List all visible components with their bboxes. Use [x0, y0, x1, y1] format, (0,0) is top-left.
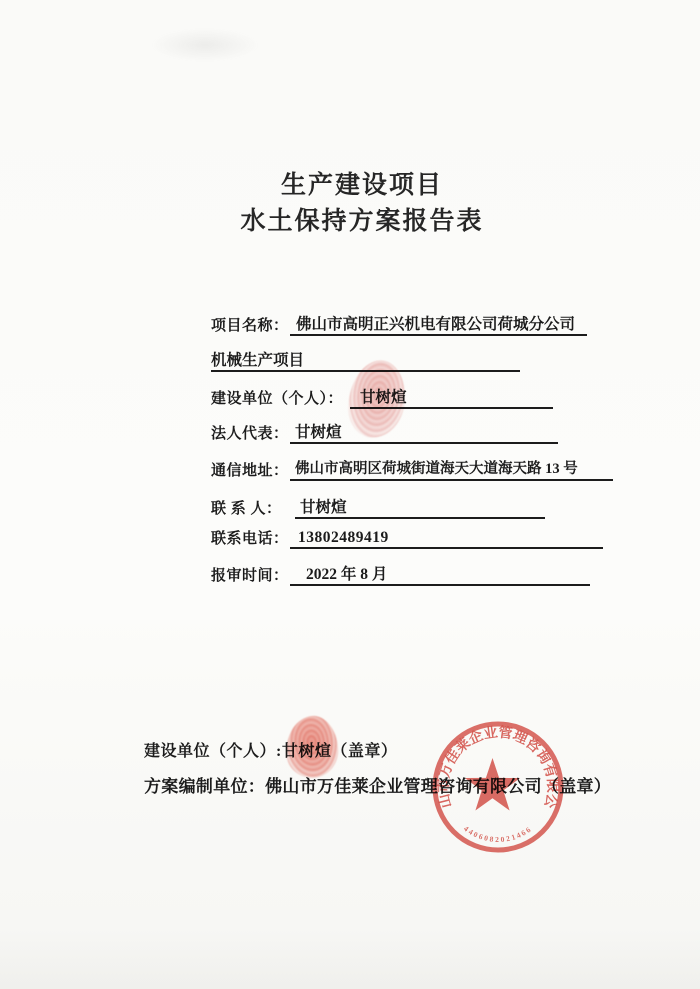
scan-artifact-smudge	[150, 28, 260, 62]
form-row-contact-person: 联 系 人： 甘树煊	[211, 498, 545, 519]
form-row-submission-date: 报审时间： 2022 年 8 月	[211, 565, 590, 586]
document-title-line2: 水土保持方案报告表	[22, 204, 700, 240]
field-value-contact-phone: 13802489419	[290, 528, 603, 549]
field-label-submission-date: 报审时间：	[211, 567, 290, 586]
document-title: 生产建设项目 水土保持方案报告表	[22, 168, 700, 240]
field-value-project-name-cont: 机械生产项目	[211, 351, 520, 372]
field-value-construction-unit: 甘树煊	[350, 388, 553, 409]
field-value-legal-representative: 甘树煊	[290, 423, 558, 444]
signature-line-construction-unit: 建设单位（个人）:甘树煊（盖章）	[144, 738, 397, 761]
field-value-mailing-address: 佛山市高明区荷城街道海天大道海天路 13 号	[290, 460, 613, 481]
field-label-contact-phone: 联系电话：	[211, 530, 290, 549]
form-row-construction-unit: 建设单位（个人）： 甘树煊	[211, 388, 553, 409]
field-value-contact-person: 甘树煊	[295, 498, 545, 519]
field-label-legal-representative: 法人代表：	[211, 425, 290, 444]
form-row-legal-representative: 法人代表： 甘树煊	[211, 423, 558, 444]
form-row-project-name-cont: 机械生产项目	[211, 351, 520, 372]
form-row-mailing-address: 通信地址： 佛山市高明区荷城街道海天大道海天路 13 号	[211, 460, 613, 481]
field-value-project-name: 佛山市高明正兴机电有限公司荷城分公司	[290, 315, 587, 336]
company-seal: 佛山市万佳莱企业管理咨询有限公司 4406082021466	[413, 702, 583, 872]
seal-star-icon	[465, 758, 520, 811]
form-row-project-name: 项目名称： 佛山市高明正兴机电有限公司荷城分公司	[211, 315, 587, 336]
field-label-mailing-address: 通信地址：	[211, 462, 290, 481]
field-label-construction-unit: 建设单位（个人）：	[211, 390, 350, 409]
scanned-document-page: 生产建设项目 水土保持方案报告表 项目名称： 佛山市高明正兴机电有限公司荷城分公…	[0, 0, 700, 989]
form-row-contact-phone: 联系电话： 13802489419	[211, 528, 603, 549]
seal-serial-text: 4406082021466	[462, 824, 534, 844]
field-value-submission-date: 2022 年 8 月	[290, 565, 590, 586]
field-label-project-name: 项目名称：	[211, 317, 290, 336]
document-title-line1: 生产建设项目	[22, 168, 700, 204]
field-label-contact-person: 联 系 人：	[211, 500, 295, 519]
